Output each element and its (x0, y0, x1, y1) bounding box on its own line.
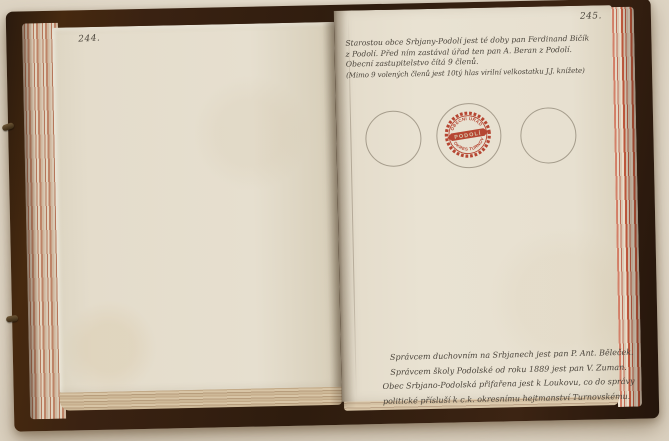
clasp-top (1, 122, 14, 132)
right-page: 245. Starostou obce Srbjany-Podolí jest … (334, 5, 620, 402)
page-number-left: 244. (78, 33, 101, 44)
seal-circle-left-empty (365, 110, 422, 167)
seal-circle-right-empty (520, 107, 577, 164)
official-stamp-seal: OBECNÍ ÚŘAD OKRES TURNOV PODOLÍ (441, 108, 495, 162)
top-handwritten-paragraph: Starostou obce Srbjany-Podolí jest té do… (345, 33, 610, 81)
left-page: 244. (52, 22, 342, 393)
bottom-handwritten-paragraph: Správcem duchovním na Srbjanech jest pan… (382, 346, 623, 409)
photo-of-open-chronicle-book: 244. 245. Starostou obce Srbjany-Podolí … (0, 0, 669, 441)
clasp-bottom (6, 315, 19, 323)
stamp-banner-text: PODOLÍ (454, 129, 482, 141)
page-number-right: 245. (580, 11, 602, 21)
book: 244. 245. Starostou obce Srbjany-Podolí … (6, 0, 660, 432)
